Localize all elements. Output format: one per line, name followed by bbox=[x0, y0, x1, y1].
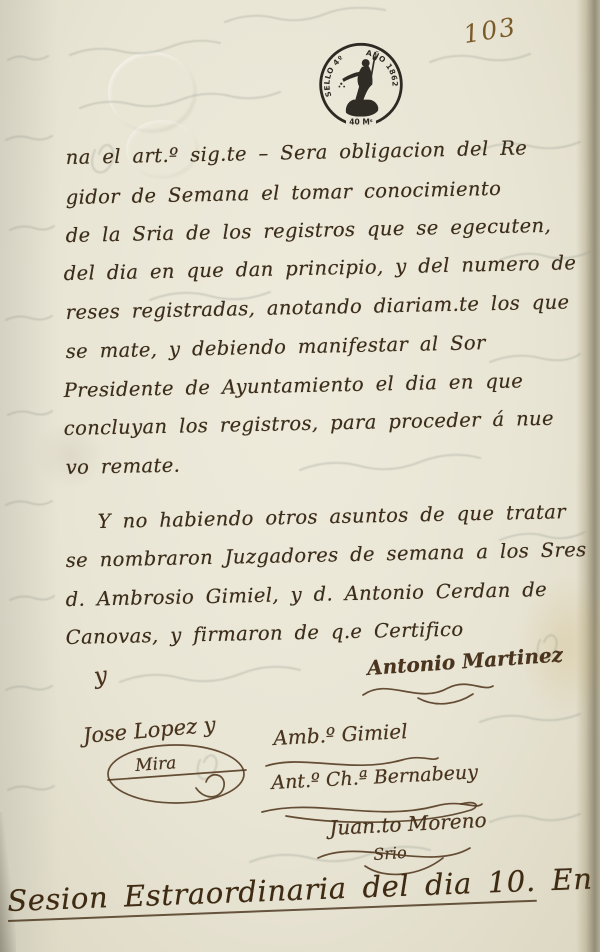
signature-rubric bbox=[358, 680, 498, 710]
signature-rubric-oval bbox=[100, 740, 252, 812]
manuscript-line: de la Sria de los registros que se egecu… bbox=[66, 214, 552, 247]
bottom-left-corner-shadow bbox=[0, 812, 16, 952]
manuscript-line: se nombraron Juzgadores de semana a los … bbox=[66, 538, 587, 572]
manuscript-line: Canovas, y firmaron de q.e Certifico bbox=[66, 618, 464, 649]
session-heading-trailing: En la villa bbox=[551, 857, 600, 897]
book-binding-edge bbox=[576, 0, 600, 952]
manuscript-line: d. Ambrosio Gimiel, y d. Antonio Cerdan … bbox=[66, 578, 548, 611]
manuscript-line: Presidente de Ayuntamiento el dia en que bbox=[64, 369, 524, 402]
margin-mark: y bbox=[92, 662, 108, 690]
manuscript-line: vo remate. bbox=[66, 454, 181, 479]
manuscript-page: SELLO 4º AÑO 1862 40 Mˢ 103 na el art.º … bbox=[0, 0, 600, 952]
manuscript-line: se mate, y debiendo manifestar al Sor bbox=[66, 331, 486, 363]
session-heading-underlined: Sesion Estraordinaria del dia 10. bbox=[7, 864, 537, 922]
stamp-text-left: SELLO 4º bbox=[322, 53, 345, 98]
signature-secretary: Antonio Martinez bbox=[366, 642, 563, 680]
allegorical-figure bbox=[338, 56, 378, 116]
manuscript-line: Y no habiendo otros asuntos de que trata… bbox=[98, 500, 567, 533]
folio-number: 103 bbox=[461, 12, 519, 49]
session-heading: Sesion Estraordinaria del dia 10. En la … bbox=[7, 857, 600, 918]
manuscript-line: concluyan los registros, para proceder á… bbox=[64, 407, 555, 440]
signature-gimiel: Amb.º Gimiel bbox=[273, 719, 408, 750]
stamp-text-bottom: 40 Mˢ bbox=[349, 118, 373, 127]
manuscript-line: del dia en que dan principio, y del nume… bbox=[64, 251, 577, 285]
page-left-margin-shading bbox=[0, 0, 58, 952]
manuscript-line: reses registradas, anotando diariam.te l… bbox=[66, 290, 570, 324]
revenue-stamp: SELLO 4º AÑO 1862 40 Mˢ bbox=[314, 34, 408, 140]
manuscript-line: gidor de Semana el tomar conocimiento bbox=[66, 177, 502, 209]
